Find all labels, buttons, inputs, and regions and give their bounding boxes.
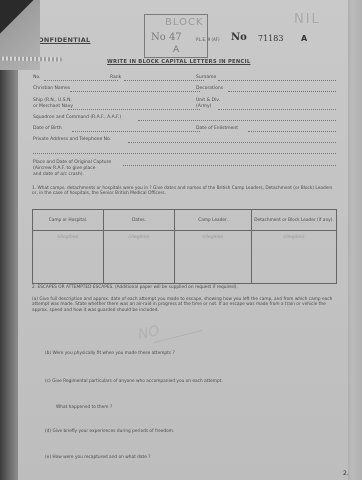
christian-names-field[interactable] [70, 91, 200, 92]
question-2-heading: 2. ESCAPES OR ATTEMPTED ESCAPES. (Additi… [32, 285, 238, 290]
dob-label: Date of Birth [33, 126, 62, 131]
ship-label-line1: Ship (R.N., U.S.N. [33, 98, 72, 103]
stamp-letter: A [173, 45, 179, 55]
question-2a: (a) Give full description and approx. da… [32, 297, 338, 313]
stamp-word: BLOCK [165, 17, 204, 28]
col-camp: Camp or Hospital. [33, 210, 104, 231]
address-field-line2[interactable] [33, 153, 336, 154]
serial-number: 71183 [258, 34, 283, 43]
squadron-label: Squadron and Command (R.A.F., A.A.F.) [33, 115, 121, 120]
address-label: Private Address and Telephone No. [33, 137, 111, 142]
cell-block-leader[interactable]: (illegible) [252, 231, 337, 284]
serial-label: No [231, 32, 247, 43]
question-2d: (d) Give briefly your experiences during… [45, 429, 174, 434]
unit-label-line1: Unit & Div. [196, 98, 220, 103]
question-2c-followup: What happened to them ? [56, 405, 112, 410]
page-number: 2. [343, 470, 349, 477]
question-2-number: 2. [32, 285, 36, 290]
question-2b: (b) Were you physically fit when you mad… [45, 351, 175, 356]
dob-field[interactable] [72, 131, 200, 132]
unit-field[interactable] [218, 109, 336, 110]
rank-label: Rank [110, 75, 121, 80]
form-code: P.L.E. 9 (AF) [196, 37, 220, 42]
enlistment-field[interactable] [248, 131, 336, 132]
unit-label-line2: (Army) [196, 104, 211, 109]
surname-field[interactable] [218, 80, 336, 81]
block-stamp: BLOCK No 47 A [144, 14, 208, 58]
no-field[interactable] [44, 80, 118, 81]
question-1: 1. What camps, detachments or hospitals … [32, 186, 338, 197]
col-dates: Dates. [104, 210, 175, 231]
instruction-heading: WRITE IN BLOCK CAPITAL LETTERS IN PENCIL [107, 59, 250, 65]
cell-leader[interactable]: (illegible) [175, 231, 252, 284]
cell-leader-value: (illegible) [175, 231, 251, 241]
decorations-label: Decorations [196, 86, 223, 91]
capture-field[interactable] [123, 165, 336, 166]
decorations-field[interactable] [228, 91, 336, 92]
squadron-field[interactable] [138, 120, 336, 121]
no-label: No. [33, 75, 40, 80]
question-2-title: ESCAPES OR ATTEMPTED ESCAPES. [37, 285, 113, 290]
question-2c: (c) Give Regimental particulars of anyon… [45, 379, 223, 384]
nil-annotation: NIL [294, 12, 321, 27]
col-camp-leader: Camp Leader. [175, 210, 252, 231]
rank-field[interactable] [124, 80, 204, 81]
question-2e: (e) How were you recaptured and on what … [45, 455, 150, 460]
capture-label-line3: and date of a/c crash). [33, 172, 84, 177]
serial-suffix: A [301, 34, 307, 43]
cell-dates-value: (illegible) [104, 231, 174, 241]
capture-label-line1: Place and Date of Original Capture [33, 160, 111, 165]
question-2-note: (Additional paper will be supplied on re… [115, 285, 238, 290]
answer-stroke [154, 330, 203, 343]
cell-camp-value: (illegible) [33, 231, 103, 241]
table-row: (illegible) (illegible) (illegible) (ill… [33, 231, 337, 284]
ship-field[interactable] [68, 109, 200, 110]
christian-names-label: Christian Names [33, 86, 70, 91]
classification-label: CONFIDENTIAL [33, 36, 91, 44]
enlistment-label: Date of Enlistment [196, 126, 238, 131]
cell-dates[interactable]: (illegible) [104, 231, 175, 284]
col-block-leader: Detachment or Block Leader (if any). [252, 210, 337, 231]
surname-label: Surname [196, 75, 216, 80]
address-field-line1[interactable] [128, 142, 336, 143]
questionnaire-page: CONFIDENTIAL BLOCK No 47 A P.L.E. 9 (AF)… [18, 0, 348, 480]
capture-label-line2: (Aircrew R.A.F. to give place [33, 166, 96, 171]
cell-block-leader-value: (illegible) [252, 231, 336, 241]
stamp-number: No 47 [151, 32, 182, 43]
question-1-text: What camps, detachments or hospitals wer… [32, 186, 332, 196]
cell-camp[interactable]: (illegible) [33, 231, 104, 284]
camps-table: Camp or Hospital. Dates. Camp Leader. De… [32, 209, 337, 284]
